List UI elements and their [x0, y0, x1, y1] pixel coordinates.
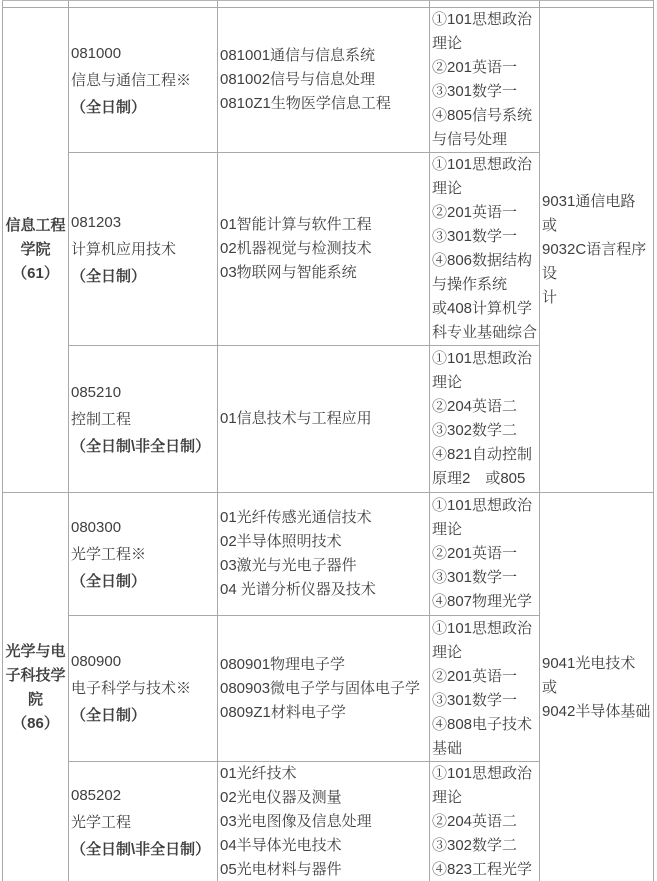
spacer-cell	[3, 1, 69, 8]
program-name: 信息与通信工程※	[71, 67, 215, 94]
program-mode: （全日制）	[71, 568, 215, 595]
other-subjects-cell: 9041光电技术 或 9042半导体基础	[540, 493, 654, 881]
college-cell: 光学与电 子科技学 院 （86）	[3, 493, 69, 881]
program-name: 光学工程※	[71, 541, 215, 568]
program-name: 控制工程	[71, 406, 215, 433]
directions-cell: 01光纤传感光通信技术 02半导体照明技术 03激光与光电子器件 04 光谱分析…	[218, 493, 430, 616]
spacer-cell	[430, 1, 540, 8]
exam-subjects-cell: ①101思想政治 理论 ②201英语一 ③301数学一 ④805信号系统 与信号…	[430, 8, 540, 153]
program-cell: 081203 计算机应用技术 （全日制）	[69, 153, 218, 346]
program-code: 080900	[71, 648, 215, 675]
program-mode: （全日制）	[71, 702, 215, 729]
program-cell: 085202 光学工程 （全日制\非全日制）	[69, 762, 218, 881]
directions-cell: 081001通信与信息系统 081002信号与信息处理 0810Z1生物医学信息…	[218, 8, 430, 153]
college-cell: 信息工程 学院 （61）	[3, 8, 69, 493]
program-code: 081203	[71, 209, 215, 236]
exam-subjects-cell: ①101思想政治 理论 ②201英语一 ③301数学一 ④807物理光学	[430, 493, 540, 616]
program-code: 080300	[71, 514, 215, 541]
table-row: 信息工程 学院 （61） 081000 信息与通信工程※ （全日制） 08100…	[3, 8, 654, 153]
program-cell: 085210 控制工程 （全日制\非全日制）	[69, 346, 218, 493]
program-mode: （全日制\非全日制）	[71, 433, 215, 460]
directions-cell: 01信息技术与工程应用	[218, 346, 430, 493]
program-name: 计算机应用技术	[71, 236, 215, 263]
spacer-cell	[218, 1, 430, 8]
exam-subjects-cell: ①101思想政治 理论 ②204英语二 ③302数学二 ④821自动控制 原理2…	[430, 346, 540, 493]
program-mode: （全日制）	[71, 94, 215, 121]
program-code: 085210	[71, 379, 215, 406]
clipped-row-top	[3, 1, 654, 8]
exam-subjects-cell: ①101思想政治 理论 ②201英语一 ③301数学一 ④806数据结构 与操作…	[430, 153, 540, 346]
table-row: 光学与电 子科技学 院 （86） 080300 光学工程※ （全日制） 01光纤…	[3, 493, 654, 616]
spacer-cell	[69, 1, 218, 8]
program-mode: （全日制\非全日制）	[71, 836, 215, 863]
program-name: 光学工程	[71, 809, 215, 836]
admissions-table: 信息工程 学院 （61） 081000 信息与通信工程※ （全日制） 08100…	[2, 0, 654, 881]
directions-cell: 080901物理电子学 080903微电子学与固体电子学 0809Z1材料电子学	[218, 616, 430, 762]
program-cell: 080300 光学工程※ （全日制）	[69, 493, 218, 616]
other-subjects-cell: 9031通信电路 或 9032C语言程序设 计	[540, 8, 654, 493]
program-cell: 080900 电子科学与技术※ （全日制）	[69, 616, 218, 762]
directions-cell: 01光纤技术 02光电仪器及测量 03光电图像及信息处理 04半导体光电技术 0…	[218, 762, 430, 881]
program-code: 085202	[71, 782, 215, 809]
program-cell: 081000 信息与通信工程※ （全日制）	[69, 8, 218, 153]
program-code: 081000	[71, 40, 215, 67]
program-name: 电子科学与技术※	[71, 675, 215, 702]
exam-subjects-cell: ①101思想政治 理论 ②201英语一 ③301数学一 ④808电子技术 基础	[430, 616, 540, 762]
spacer-cell	[540, 1, 654, 8]
directions-cell: 01智能计算与软件工程 02机器视觉与检测技术 03物联网与智能系统	[218, 153, 430, 346]
program-mode: （全日制）	[71, 263, 215, 290]
exam-subjects-cell: ①101思想政治 理论 ②204英语二 ③302数学二 ④823工程光学	[430, 762, 540, 881]
